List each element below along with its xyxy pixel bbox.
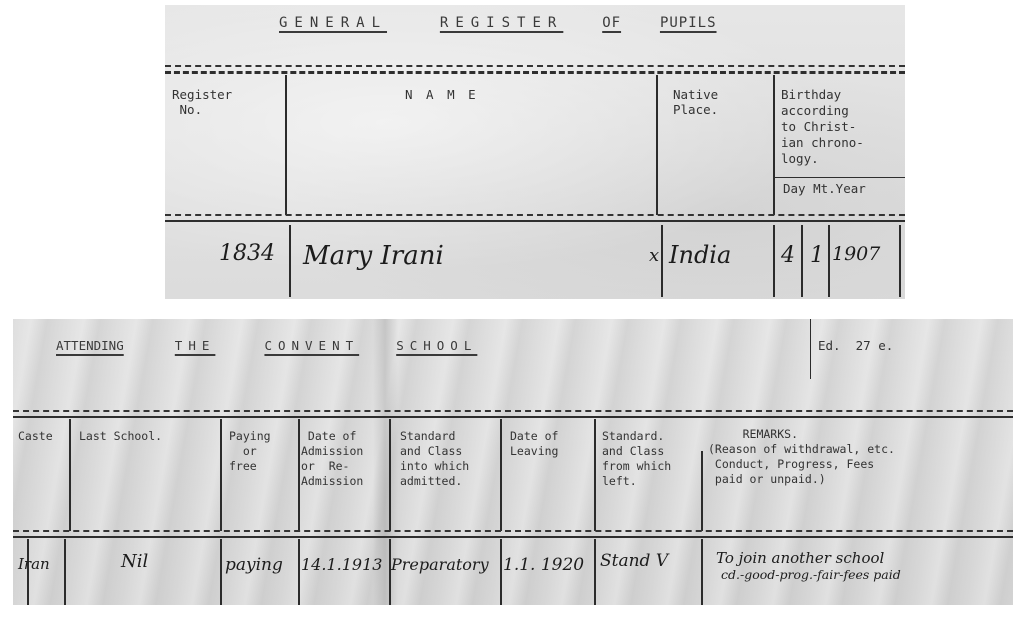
entry-register-no: 1834 xyxy=(219,241,275,266)
entry-mark: x xyxy=(649,245,659,266)
title-word-convent: CONVENT xyxy=(264,338,359,353)
column-divider xyxy=(594,539,596,605)
header-remarks: REMARKS. (Reason of withdrawal, etc. Con… xyxy=(708,427,895,487)
column-divider xyxy=(389,419,391,531)
header-standard-admitted: Standard and Class into which admitted. xyxy=(400,429,469,489)
header-register-no: Register No. xyxy=(172,87,232,117)
title-word-of: OF xyxy=(602,15,621,31)
entry-last-school: Nil xyxy=(121,551,148,572)
header-birthday-day-month-year: Day Mt.Year xyxy=(783,181,866,196)
entry-standard-left: Stand V xyxy=(600,551,668,571)
form-code: Ed. 27 e. xyxy=(818,338,893,353)
column-divider xyxy=(801,225,803,297)
entry-birth-month: 1 xyxy=(810,243,824,268)
rule-solid xyxy=(13,536,1013,538)
header-native-place: Native Place. xyxy=(673,87,718,117)
column-divider xyxy=(594,419,596,531)
entry-date-of-admission: 14.1.1913 xyxy=(301,555,382,574)
title-word-pupils: PUPILS xyxy=(660,15,717,31)
column-divider xyxy=(828,225,830,297)
header-date-of-admission: Date of Admission or Re- Admission xyxy=(301,429,363,489)
entry-remarks-line-2: cd.-good-prog.-fair-fees paid xyxy=(721,567,901,582)
rule-dashed xyxy=(165,65,905,67)
rule-dashed-heavy xyxy=(165,71,905,74)
column-divider xyxy=(701,451,703,531)
rule-dashed xyxy=(13,530,1013,532)
title-word-the: THE xyxy=(175,338,216,353)
title-word-register: REGISTER xyxy=(440,15,563,31)
entry-native-place: India xyxy=(669,241,731,269)
column-divider xyxy=(220,419,222,531)
entry-standard-admitted: Preparatory xyxy=(391,555,489,574)
column-divider xyxy=(298,539,300,605)
entry-paying-or-free: paying xyxy=(225,555,283,575)
register-bottom-sheet: ATTENDING THE CONVENT SCHOOL Ed. 27 e. C… xyxy=(13,319,1013,605)
column-divider xyxy=(656,75,658,215)
column-divider xyxy=(289,225,291,297)
column-divider xyxy=(701,539,703,605)
column-divider xyxy=(500,539,502,605)
rule-dashed xyxy=(165,214,905,216)
entry-remarks-line-1: To join another school xyxy=(716,549,884,567)
column-divider xyxy=(298,419,300,531)
column-divider xyxy=(69,419,71,531)
entry-name: Mary Irani xyxy=(303,241,444,271)
column-divider xyxy=(773,75,775,215)
fold-crease xyxy=(810,319,811,379)
entry-date-of-leaving: 1.1. 1920 xyxy=(503,555,584,575)
header-last-school: Last School. xyxy=(79,429,162,444)
rule-solid xyxy=(165,220,905,222)
register-top-sheet: GENERAL REGISTER OF PUPILS Register No. … xyxy=(165,5,905,299)
column-divider xyxy=(661,225,663,297)
column-divider xyxy=(899,225,901,297)
entry-birth-year: 1907 xyxy=(832,243,880,265)
column-divider xyxy=(220,539,222,605)
column-divider xyxy=(500,419,502,531)
column-divider xyxy=(773,225,775,297)
header-paying-or-free: Paying or free xyxy=(229,429,271,474)
header-birthday: Birthday according to Christ- ian chrono… xyxy=(781,87,864,167)
rule-solid xyxy=(13,416,1013,418)
entry-birth-day: 4 xyxy=(781,243,795,268)
header-standard-left: Standard. and Class from which left. xyxy=(602,429,671,489)
attending-title: ATTENDING THE CONVENT SCHOOL xyxy=(56,338,477,353)
title-word-school: SCHOOL xyxy=(396,338,477,353)
header-name: N A M E xyxy=(405,87,479,102)
column-divider xyxy=(64,539,66,605)
title-word-general: GENERAL xyxy=(279,15,387,31)
header-date-of-leaving: Date of Leaving xyxy=(510,429,558,459)
birthday-sub-rule xyxy=(773,177,905,178)
register-title: GENERAL REGISTER OF PUPILS xyxy=(279,15,717,31)
entry-caste: Iran xyxy=(18,555,50,573)
title-word-attending: ATTENDING xyxy=(56,338,124,353)
rule-dashed xyxy=(13,410,1013,412)
column-divider xyxy=(285,75,287,215)
header-caste: Caste xyxy=(18,429,53,444)
